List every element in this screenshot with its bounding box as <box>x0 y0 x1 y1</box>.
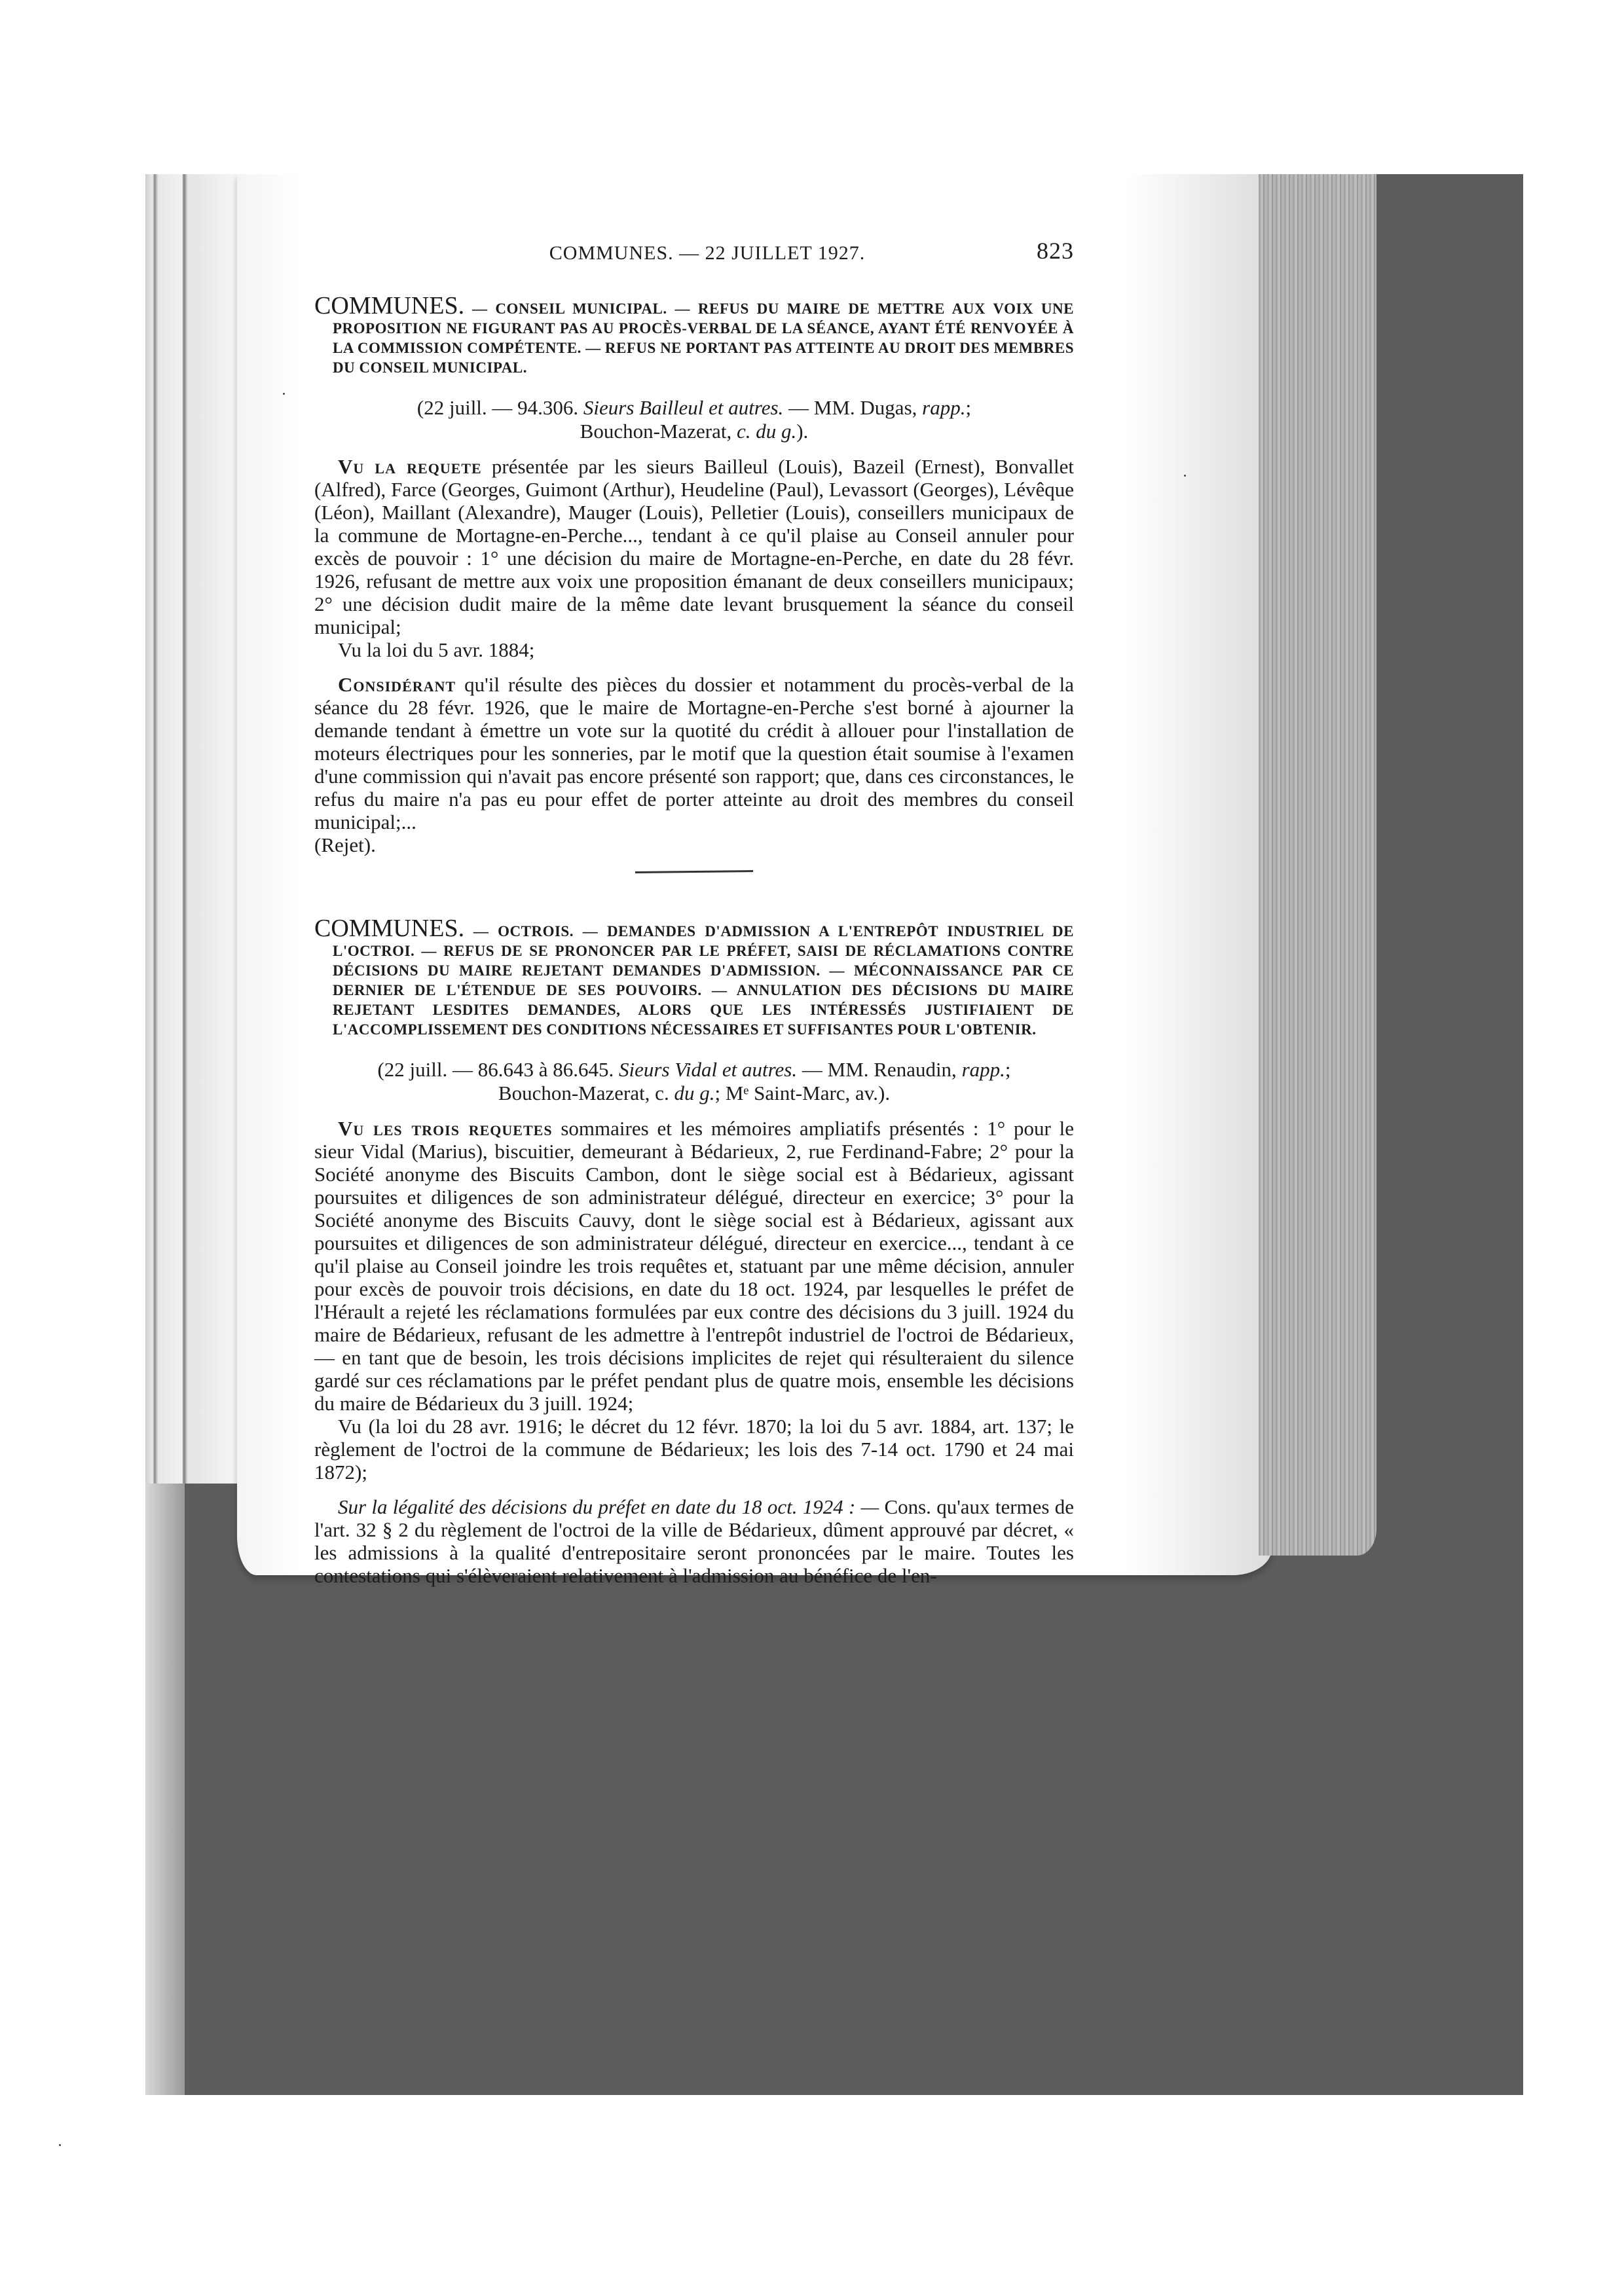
page-number: 823 <box>1037 237 1074 264</box>
summary-lead: COMMUNES. <box>314 292 464 319</box>
paragraph-considerant: Considérant qu'il résulte des pièces du … <box>314 673 1074 833</box>
binding-edge <box>145 1484 185 2095</box>
paragraph-vu-requetes: Vu les trois requetes sommaires et les m… <box>314 1117 1074 1415</box>
paragraph-text: Vu la loi du 5 avr. 1884; <box>338 638 534 661</box>
citation-commissaire: Bouchon-Mazerat, c. <box>498 1082 674 1104</box>
citation-rapporteur: — MM. Dugas, <box>783 396 922 419</box>
page-stack-edge <box>1259 174 1376 1556</box>
citation-parties: Sieurs Bailleul et autres. <box>583 396 783 419</box>
page-text: COMMUNES. — 22 JUILLET 1927. 823 COMMUNE… <box>314 242 1074 1587</box>
paragraph-vu-loi: Vu la loi du 5 avr. 1884; <box>314 638 1074 661</box>
verdict: (Rejet). <box>314 833 1074 856</box>
paragraph-vu-lois: Vu (la loi du 28 avr. 1916; le décret du… <box>314 1415 1074 1484</box>
paragraph-vu-requete: Vu la requete présentée par les sieurs B… <box>314 455 1074 638</box>
citation-role: c. du g. <box>737 420 796 443</box>
paragraph-sur-la-legalite: Sur la légalité des décisions du préfet … <box>314 1495 1074 1587</box>
summary-lead: COMMUNES. <box>314 915 464 942</box>
citation-commissaire: Bouchon-Mazerat, <box>580 420 737 443</box>
decision-citation: (22 juill. — 94.306. Sieurs Bailleul et … <box>314 396 1074 443</box>
decision-summary: COMMUNES. — Conseil municipal. — Refus d… <box>314 296 1074 378</box>
dark-background <box>1376 174 1523 2095</box>
decision-summary: COMMUNES. — Octrois. — Demandes d'admiss… <box>314 919 1074 1040</box>
paragraph-text: Vu (la loi du 28 avr. 1916; le décret du… <box>314 1415 1074 1484</box>
citation-punct: ). <box>796 420 808 443</box>
citation-parties: Sieurs Vidal et autres. <box>619 1058 797 1081</box>
decision-vidal: COMMUNES. — Octrois. — Demandes d'admiss… <box>314 919 1074 1587</box>
citation-role: rapp. <box>962 1058 1005 1081</box>
section-divider <box>635 870 753 873</box>
paragraph-lead: Vu la requete <box>338 455 482 478</box>
paragraph-lead: Vu les trois requetes <box>338 1117 553 1140</box>
decision-bailleul: COMMUNES. — Conseil municipal. — Refus d… <box>314 296 1074 873</box>
paragraph-lead: Considérant <box>338 673 456 696</box>
citation-punct: ; <box>1005 1058 1011 1081</box>
scan-speck <box>1184 475 1186 477</box>
paragraph-text: sommaires et les mémoires ampliatifs pré… <box>314 1117 1074 1415</box>
citation-role: rapp. <box>922 396 965 419</box>
scan-speck <box>59 2144 61 2146</box>
facing-page-gutter <box>145 174 237 1484</box>
decision-citation: (22 juill. — 86.643 à 86.645. Sieurs Vid… <box>314 1058 1074 1105</box>
citation-punct: ; Mᵉ Saint-Marc, av.). <box>714 1082 890 1104</box>
subheading: Sur la légalité des décisions du préfet … <box>338 1495 879 1518</box>
paragraph-text: présentée par les sieurs Bailleul (Louis… <box>314 455 1074 638</box>
citation-role: du g. <box>674 1082 714 1104</box>
citation-date-number: (22 juill. — 94.306. <box>417 396 583 419</box>
citation-punct: ; <box>965 396 971 419</box>
scan-speck <box>283 393 285 395</box>
running-head: COMMUNES. — 22 JUILLET 1927. 823 <box>314 242 1074 282</box>
citation-rapporteur: — MM. Renaudin, <box>797 1058 961 1081</box>
running-head-title: COMMUNES. — 22 JUILLET 1927. <box>549 242 865 264</box>
paragraph-text: qu'il résulte des pièces du dossier et n… <box>314 673 1074 833</box>
citation-date-number: (22 juill. — 86.643 à 86.645. <box>377 1058 619 1081</box>
